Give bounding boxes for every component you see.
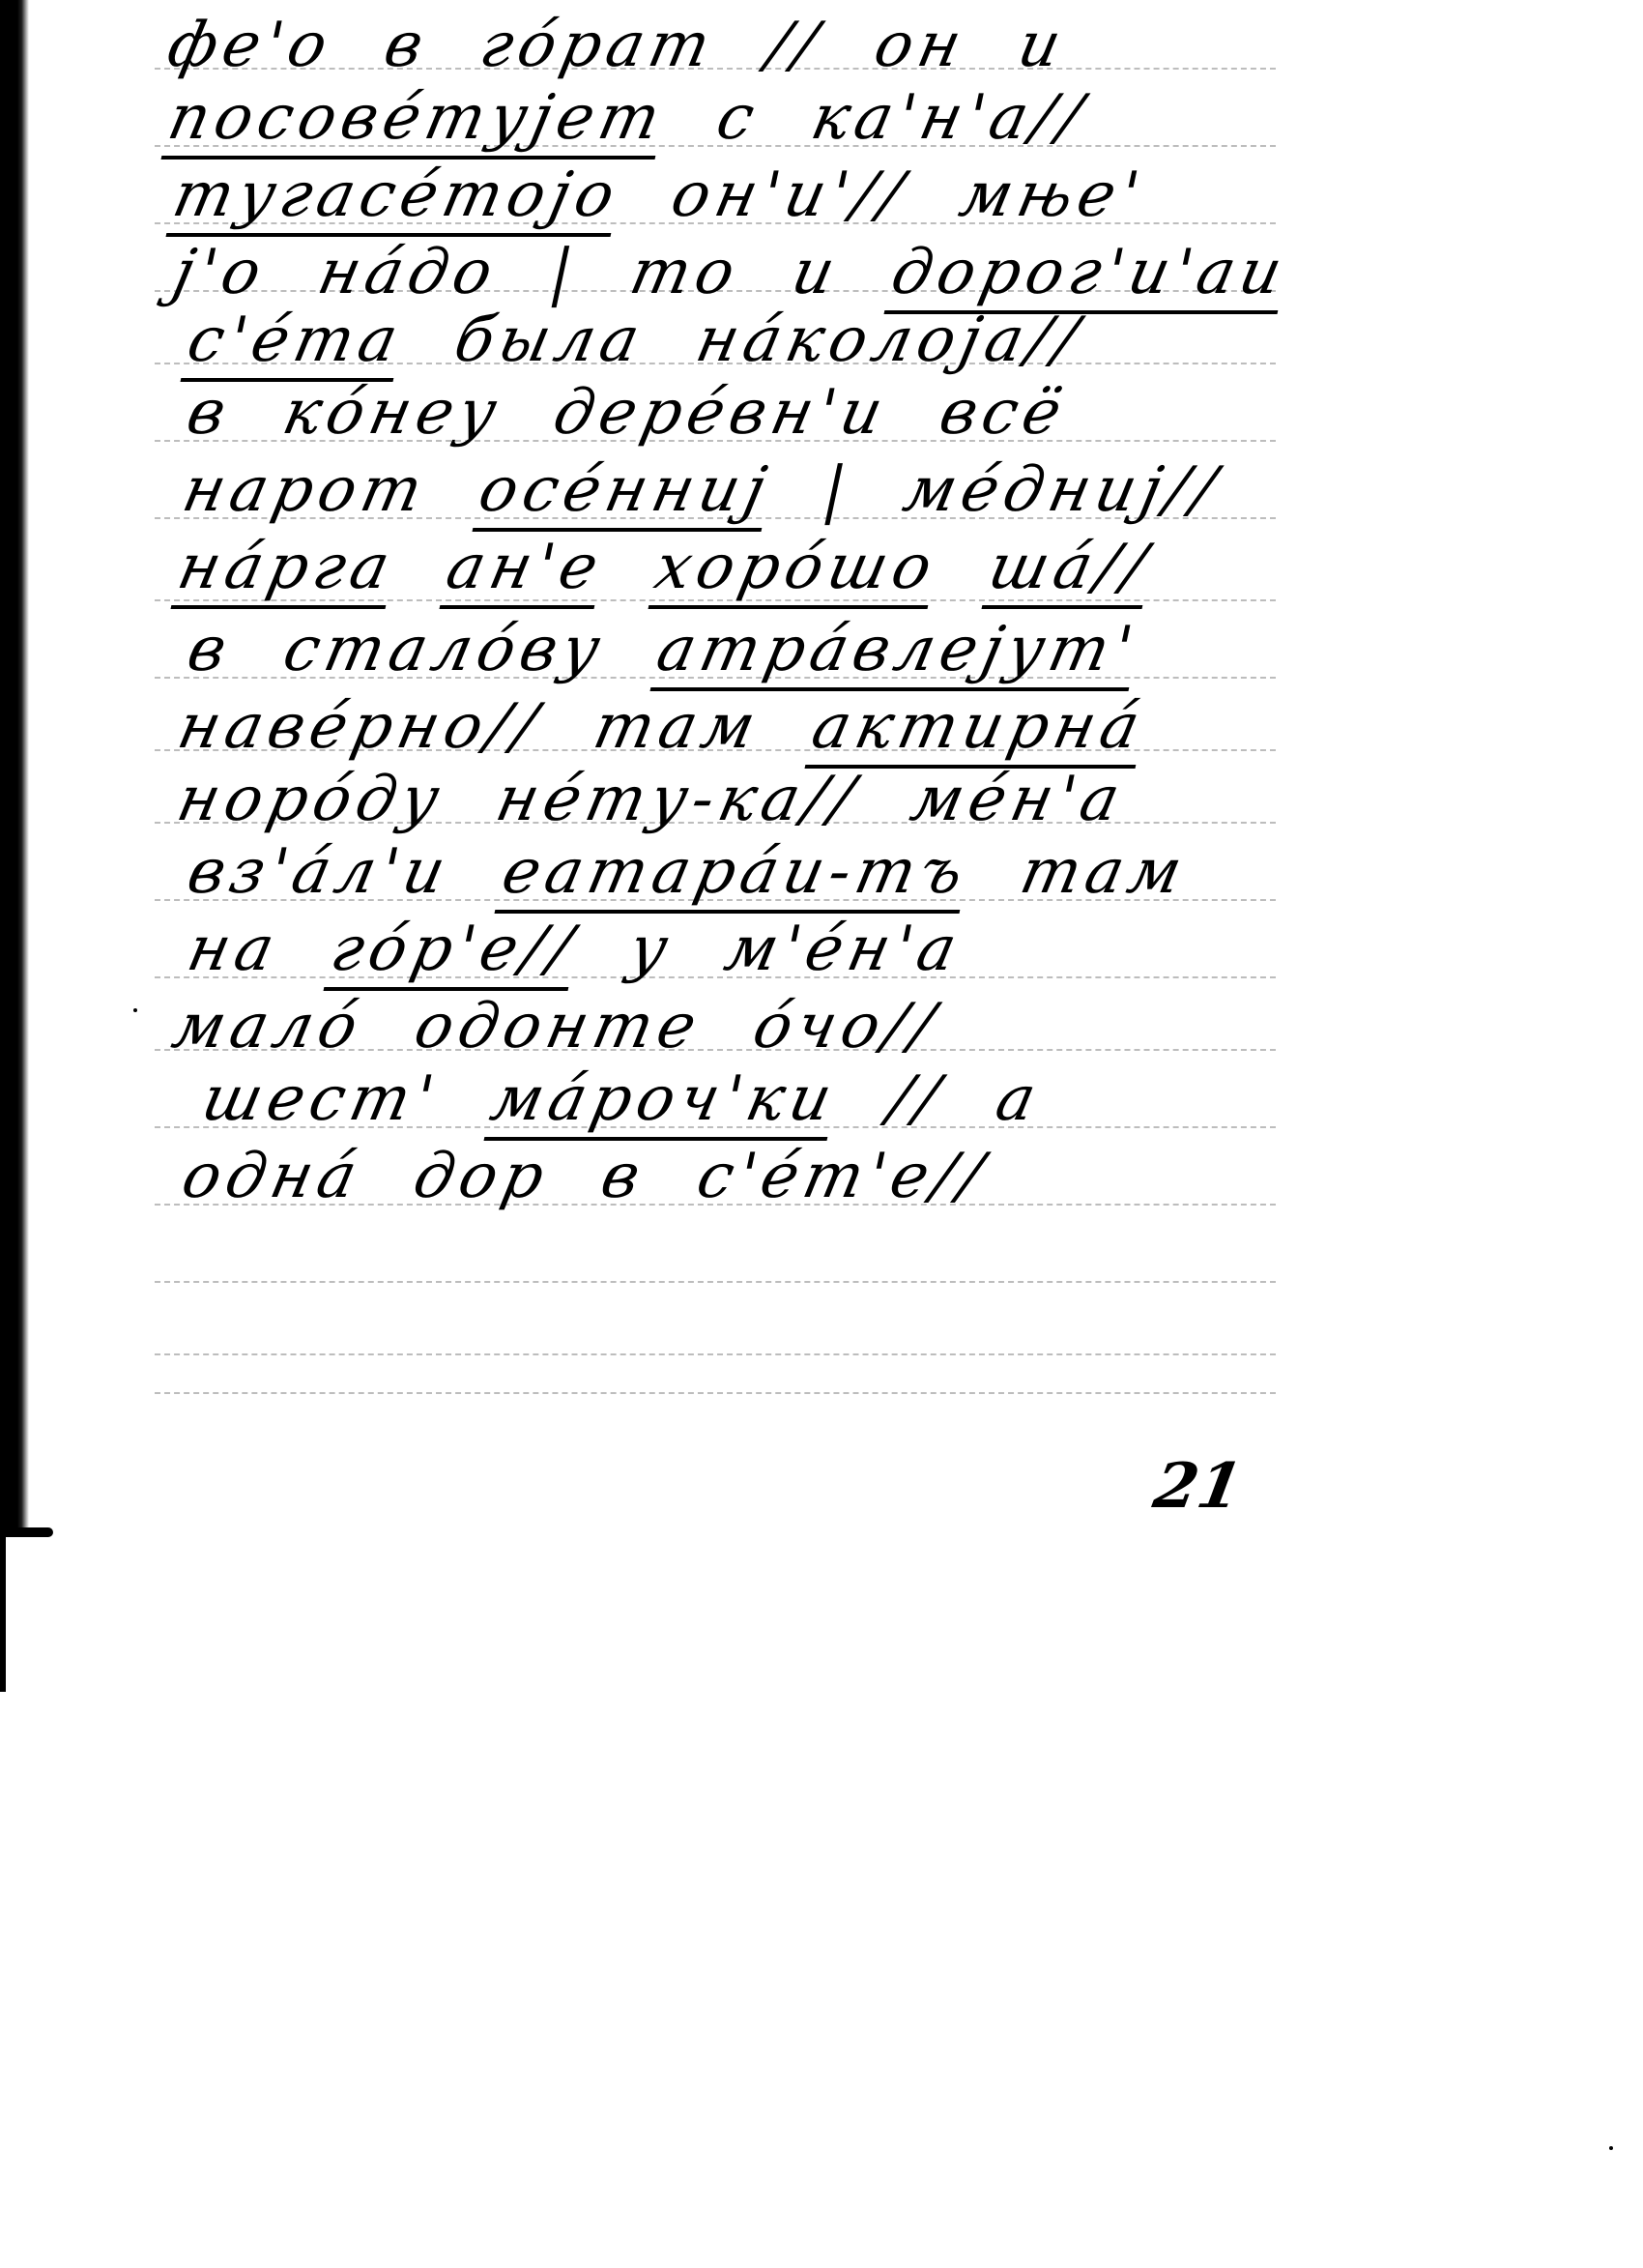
word: гóрат <box>474 10 721 81</box>
word: в <box>182 614 239 685</box>
word: и <box>1012 10 1073 81</box>
underlined-word: хорóшо <box>648 532 943 609</box>
word: фе'о <box>161 10 339 81</box>
word: // <box>761 10 829 81</box>
scanned-page: фе'овгóрат//онипосовéтујетска'н'а//тугас… <box>0 0 1643 2268</box>
word: | <box>817 454 858 526</box>
word: вз'áл'и <box>182 836 457 908</box>
word: и <box>786 237 847 308</box>
underlined-word: посовéтујет <box>160 82 671 160</box>
word: нáдо <box>312 237 504 308</box>
word: то <box>624 237 747 308</box>
text-line: шест'мáроч'ки//а <box>194 1063 1101 1141</box>
text-line: малóодонтеóчо// <box>166 991 1000 1062</box>
word: м'éн'а <box>719 914 968 985</box>
text-line: однáдорвс'ém'е// <box>176 1141 1049 1212</box>
text-line: посовéтујетска'н'а// <box>160 82 1147 160</box>
word: на <box>182 914 286 985</box>
word: с <box>710 82 766 154</box>
word: норóду <box>171 764 451 835</box>
word: | <box>543 237 585 308</box>
word: там <box>1014 836 1194 908</box>
text-line: вз'áл'иеатарáи-тътам <box>180 836 1248 914</box>
text-line: норóдунéту-ка//мéн'а <box>171 764 1185 835</box>
text-line: нáргаан'ехорóшошá// <box>170 532 1212 609</box>
text-line: с'éтабыланáколоја// <box>180 305 1143 382</box>
text-line: ј'онáдо|тоидорог'и'аи <box>165 237 1347 314</box>
word: а <box>990 1063 1048 1135</box>
underlined-word: актирнá <box>805 691 1152 769</box>
text-line: всталóвуатрáвлејут' <box>180 614 1198 691</box>
underlined-word: с'éта <box>180 305 409 382</box>
word: он'и'// <box>665 160 914 231</box>
underlined-word: еатарáи-тъ <box>495 836 975 914</box>
word: в <box>595 1141 652 1212</box>
binding-edge <box>0 0 29 1537</box>
word: мње' <box>954 160 1151 231</box>
word: у <box>623 914 680 985</box>
word: шест' <box>196 1063 446 1135</box>
word: ј'о <box>167 237 274 308</box>
word: дор <box>408 1141 557 1212</box>
binding-edge-lower <box>0 1537 6 1692</box>
text-line: фе'овгóрат//они <box>161 10 1127 81</box>
word: нéту-ка// <box>490 764 866 835</box>
underlined-word: шá// <box>981 532 1158 609</box>
underlined-word: ан'е <box>439 532 610 609</box>
text-line: навéрно//тамактирнá <box>170 691 1205 769</box>
underlined-word: осéнниј <box>472 454 778 532</box>
word: однá <box>176 1141 368 1212</box>
word: мéдниј// <box>897 454 1227 526</box>
underlined-word: тугасéтојо <box>165 160 626 237</box>
underlined-word: нáрга <box>170 532 401 609</box>
word: сталóву <box>277 614 612 685</box>
ink-speck <box>1609 2146 1613 2150</box>
ink-speck <box>133 1008 137 1012</box>
ruled-line <box>155 1392 1276 1394</box>
word: была <box>448 305 651 376</box>
word: в <box>378 10 435 81</box>
word: дерéвн'и <box>547 377 894 449</box>
word: он <box>868 10 972 81</box>
underlined-word: атрáвлејут' <box>649 614 1144 691</box>
word: мéн'а <box>905 764 1132 835</box>
word: // <box>882 1063 951 1135</box>
word: óчо// <box>747 991 946 1062</box>
page-number: 21 <box>1148 1450 1247 1523</box>
text-line: вкóнеудерéвн'ивсё <box>181 377 1127 449</box>
word: малó <box>166 991 369 1062</box>
ruled-line <box>155 1281 1276 1283</box>
word: ка'н'а// <box>805 82 1094 154</box>
word: в <box>181 377 238 449</box>
word: кóнеу <box>276 377 508 449</box>
word: одонте <box>409 991 708 1062</box>
word: там <box>588 691 767 763</box>
underlined-word: дорог'и'аи <box>884 237 1294 314</box>
word: всё <box>934 377 1074 449</box>
binding-corner <box>0 1527 53 1537</box>
underlined-word: мáроч'ки <box>483 1063 844 1141</box>
word: нáколоја// <box>690 305 1089 376</box>
text-line: нагóр'е//ум'éн'а <box>180 914 1022 991</box>
word: навéрно// <box>172 691 549 763</box>
underlined-word: гóр'е// <box>324 914 584 991</box>
word: с'ém'е// <box>691 1141 994 1212</box>
ruled-line <box>155 1353 1276 1355</box>
text-line: тугасéтојоон'и'//мње' <box>165 160 1205 237</box>
text-line: наротосéнниј|мéдниј// <box>175 454 1282 532</box>
word: нарот <box>177 454 434 526</box>
